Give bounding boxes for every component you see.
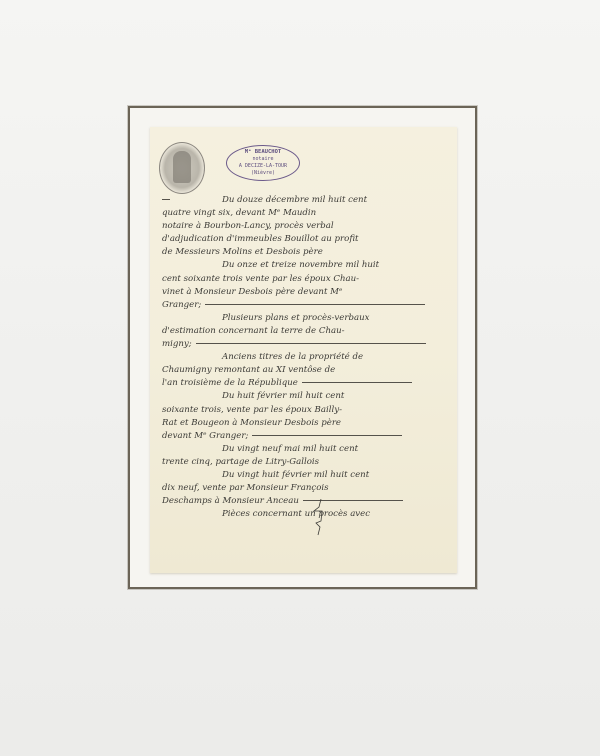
text-line: dix neuf, vente par Monsieur François bbox=[162, 482, 450, 495]
text-line: Du onze et treize novembre mil huit bbox=[162, 259, 450, 272]
text-line: Du huit février mil huit cent bbox=[162, 390, 450, 403]
text-line: trente cinq, partage de Litry-Gallois bbox=[162, 456, 450, 469]
notary-stamp: Mᵉ BEAUCHOT notaire A DECIZE-LA-TOUR (Ni… bbox=[226, 145, 300, 181]
text-line: d'adjudication d'immeubles Bouillot au p… bbox=[162, 233, 450, 246]
stamp-line-4: (Nièvre) bbox=[227, 170, 299, 177]
text-line: soixante trois, vente par les époux Bail… bbox=[162, 404, 450, 417]
text-line: de Messieurs Molins et Desbois père bbox=[162, 246, 450, 259]
stamp-line-2: notaire bbox=[227, 156, 299, 163]
text-line-content: l'an troisième de la République bbox=[162, 378, 298, 388]
text-line-content: migny; bbox=[162, 339, 192, 349]
text-line: Anciens titres de la propriété de bbox=[162, 351, 450, 364]
text-line: devant Mᵉ Granger; bbox=[162, 430, 450, 443]
document-page: Mᵉ BEAUCHOT notaire A DECIZE-LA-TOUR (Ni… bbox=[150, 127, 457, 573]
text-line-content: devant Mᵉ Granger; bbox=[162, 431, 248, 441]
text-line: Du vingt huit février mil huit cent bbox=[162, 469, 450, 482]
text-line: Chaumigny remontant au XI ventôse de bbox=[162, 364, 450, 377]
text-line: Granger; bbox=[162, 299, 450, 312]
seal-figure-icon bbox=[173, 151, 191, 183]
text-line-content: Granger; bbox=[162, 300, 201, 310]
text-line: cent soixante trois vente par les époux … bbox=[162, 273, 450, 286]
republique-francaise-seal-icon bbox=[159, 142, 205, 194]
paraph-signature-icon bbox=[302, 499, 332, 539]
text-line: migny; bbox=[162, 338, 450, 351]
text-line: l'an troisième de la République bbox=[162, 377, 450, 390]
text-line: d'estimation concernant la terre de Chau… bbox=[162, 325, 450, 338]
text-line-content: Du douze décembre mil huit cent bbox=[222, 195, 367, 205]
text-line-content: Deschamps à Monsieur Anceau bbox=[162, 496, 299, 506]
stamp-line-1: Mᵉ BEAUCHOT bbox=[227, 149, 299, 156]
text-line: Du vingt neuf mai mil huit cent bbox=[162, 443, 450, 456]
text-line: notaire à Bourbon-Lancy, procès verbal bbox=[162, 220, 450, 233]
text-line: Rat et Bougeon à Monsieur Desbois père bbox=[162, 417, 450, 430]
handwritten-text: Du douze décembre mil huit cent quatre v… bbox=[162, 194, 450, 521]
stamp-line-3: A DECIZE-LA-TOUR bbox=[227, 163, 299, 170]
text-line: quatre vingt six, devant Mᵉ Maudin bbox=[162, 207, 450, 220]
text-line: Du douze décembre mil huit cent bbox=[162, 194, 450, 207]
text-line: vinet à Monsieur Desbois père devant Mᵉ bbox=[162, 286, 450, 299]
text-line: Plusieurs plans et procès-verbaux bbox=[162, 312, 450, 325]
